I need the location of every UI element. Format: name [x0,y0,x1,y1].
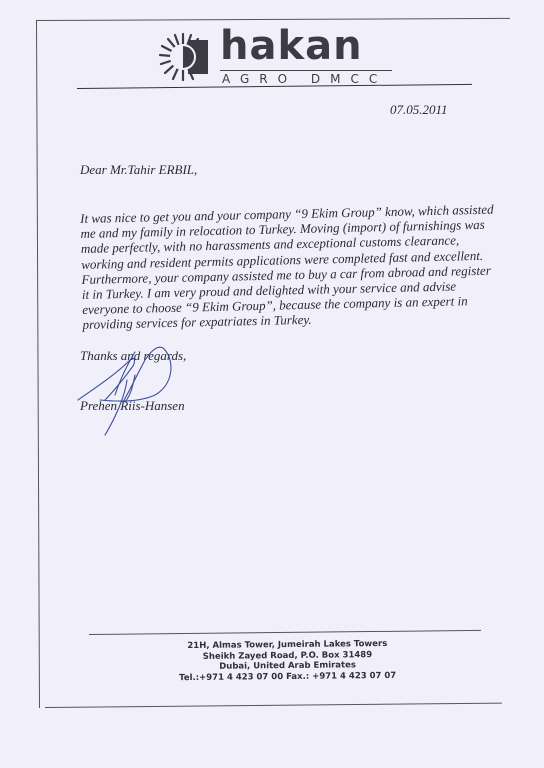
brand-subtitle: AGRO DMCC [222,72,387,86]
handwritten-signature [75,340,195,440]
letter-date: 07.05.2011 [390,102,448,118]
brand-divider [220,70,392,71]
brand-name: hakan [220,24,363,68]
company-address: 21H, Almas Tower, Jumeirah Lakes Towers … [170,639,405,683]
sunburst-icon [158,32,208,82]
company-logo: hakan AGRO DMCC [158,30,398,85]
letter-body: It was nice to get you and your company … [80,201,503,332]
salutation: Dear Mr.Tahir ERBIL, [80,162,197,178]
